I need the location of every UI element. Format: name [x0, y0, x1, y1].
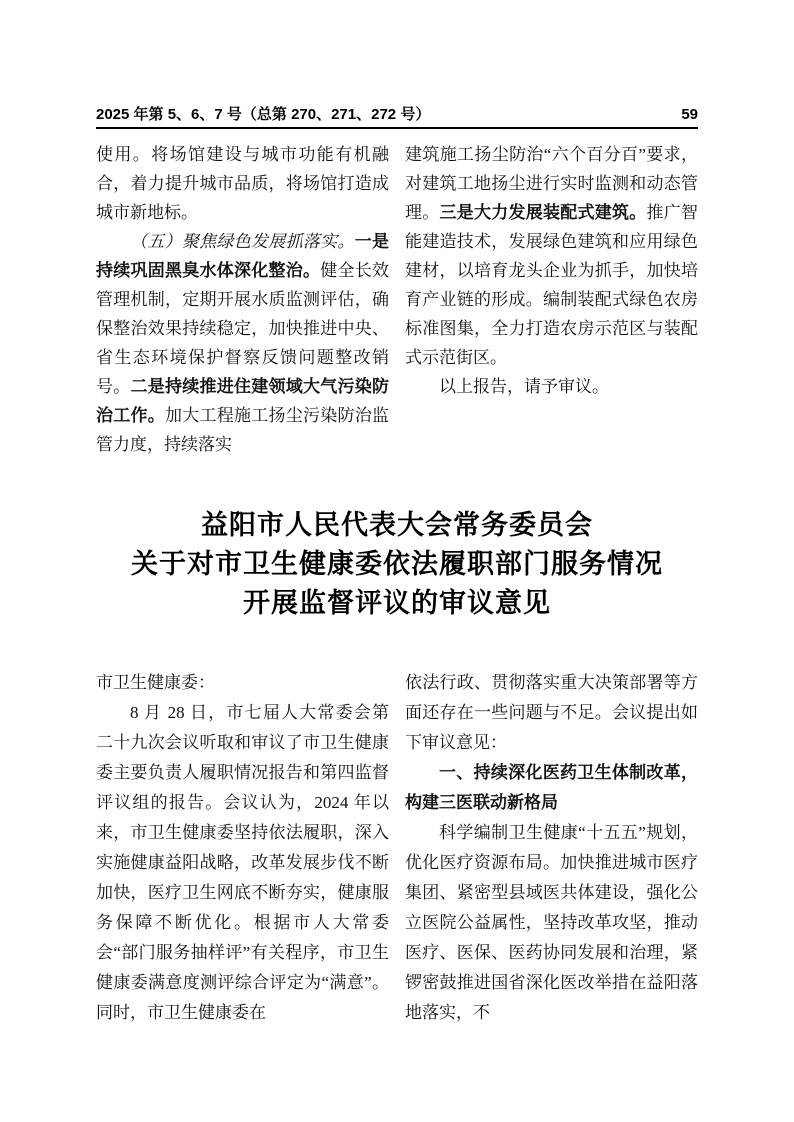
document-title: 益阳市人民代表大会常务委员会 关于对市卫生健康委依法履职部门服务情况 开展监督评…: [96, 506, 698, 623]
lower-article-left-column: 市卫生健康委：8 月 28 日，市七届人大常委会第二十九次会议听取和审议了市卫生…: [96, 668, 389, 1028]
paragraph: 依法行政、贯彻落实重大决策部署等方面还存在一些问题与不足。会议提出如下审议意见：: [405, 668, 698, 758]
paragraph: 使用。将场馆建设与城市功能有机融合，着力提升城市品质，将场馆打造成城市新地标。: [96, 140, 389, 227]
text-segment-normal: 市卫生健康委：: [96, 673, 215, 692]
top-article-section: 使用。将场馆建设与城市功能有机融合，着力提升城市品质，将场馆打造成城市新地标。（…: [96, 140, 698, 459]
document-title-line-3: 开展监督评议的审议意见: [96, 584, 698, 623]
text-segment-heading: 一、持续深化医药卫生体制改革，构建三医联动新格局: [405, 763, 698, 812]
document-title-line-1: 益阳市人民代表大会常务委员会: [96, 506, 698, 545]
paragraph: 建筑施工扬尘防治“六个百分百”要求，对建筑工地扬尘进行实时监测和动态管理。三是大…: [405, 140, 698, 372]
gazette-page: 2025 年第 5、6、7 号（总第 270、271、272 号） 59 使用。…: [0, 0, 794, 1122]
lower-article-section: 市卫生健康委：8 月 28 日，市七届人大常委会第二十九次会议听取和审议了市卫生…: [96, 668, 698, 1028]
document-title-line-2: 关于对市卫生健康委依法履职部门服务情况: [96, 545, 698, 584]
text-segment-bold: 三是大力发展装配式建筑。: [440, 203, 647, 222]
running-header: 2025 年第 5、6、7 号（总第 270、271、272 号） 59: [96, 106, 698, 129]
paragraph: 科学编制卫生健康“十五五”规划，优化医疗资源布局。加快推进城市医疗集团、紧密型县…: [405, 818, 698, 1028]
text-segment-normal: 依法行政、贯彻落实重大决策部署等方面还存在一些问题与不足。会议提出如下审议意见：: [405, 673, 698, 752]
paragraph: 市卫生健康委：: [96, 668, 389, 698]
paragraph: 以上报告，请予审议。: [405, 372, 698, 401]
text-segment-normal: 8 月 28 日，市七届人大常委会第二十九次会议听取和审议了市卫生健康委主要负责…: [96, 703, 389, 1022]
text-segment-normal: 推广智能建造技术，发展绿色建筑和应用绿色建材，以培育龙头企业为抓手，加快培育产业…: [405, 203, 698, 367]
lower-article-right-column: 依法行政、贯彻落实重大决策部署等方面还存在一些问题与不足。会议提出如下审议意见：…: [405, 668, 698, 1028]
text-segment-kai: （五）聚焦绿色发展抓落实。: [130, 232, 355, 251]
top-article-right-column: 建筑施工扬尘防治“六个百分百”要求，对建筑工地扬尘进行实时监测和动态管理。三是大…: [405, 140, 698, 459]
text-segment-normal: 科学编制卫生健康“十五五”规划，优化医疗资源布局。加快推进城市医疗集团、紧密型县…: [405, 823, 698, 1022]
top-article-left-column: 使用。将场馆建设与城市功能有机融合，着力提升城市品质，将场馆打造成城市新地标。（…: [96, 140, 389, 459]
paragraph: 一、持续深化医药卫生体制改革，构建三医联动新格局: [405, 758, 698, 818]
paragraph: （五）聚焦绿色发展抓落实。一是持续巩固黑臭水体深化整治。健全长效管理机制，定期开…: [96, 227, 389, 459]
text-segment-normal: 健全长效管理机制，定期开展水质监测评估，确保整治效果持续稳定，加快推进中央、省生…: [96, 261, 389, 396]
paragraph: 8 月 28 日，市七届人大常委会第二十九次会议听取和审议了市卫生健康委主要负责…: [96, 698, 389, 1028]
header-issue-label: 2025 年第 5、6、7 号（总第 270、271、272 号）: [96, 106, 430, 124]
header-page-number: 59: [681, 106, 698, 124]
text-segment-normal: 以上报告，请予审议。: [439, 377, 609, 396]
text-segment-normal: 使用。将场馆建设与城市功能有机融合，着力提升城市品质，将场馆打造成城市新地标。: [96, 145, 389, 222]
